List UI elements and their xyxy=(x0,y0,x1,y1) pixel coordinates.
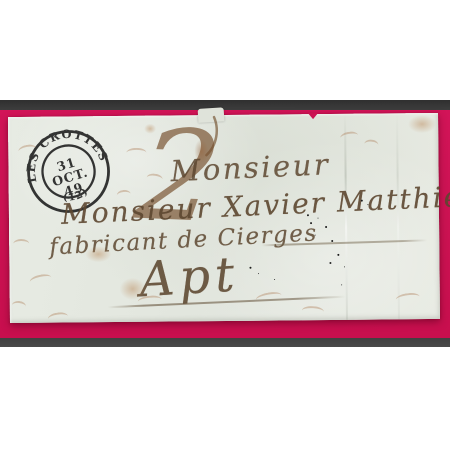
bleedthrough-mark xyxy=(364,139,379,150)
ink-speckles xyxy=(249,267,251,269)
ink-speckles xyxy=(307,214,309,216)
paper-edge-notch xyxy=(308,113,318,119)
bleedthrough-mark xyxy=(340,130,359,143)
address-recipient-title: Monsieur xyxy=(170,147,331,188)
bleedthrough-mark xyxy=(255,290,282,305)
bleedthrough-mark xyxy=(395,292,420,305)
bleedthrough-mark xyxy=(29,272,53,287)
bleedthrough-mark xyxy=(13,239,29,249)
bleedthrough-mark xyxy=(47,311,68,324)
paper-crease xyxy=(396,113,400,319)
folded-letter: LES CROTTES (12) 31 OCT. 49 2 Monsieur M… xyxy=(8,113,440,323)
page-background: LES CROTTES (12) 31 OCT. 49 2 Monsieur M… xyxy=(0,0,450,450)
bleedthrough-mark xyxy=(302,305,325,316)
bleedthrough-mark xyxy=(11,300,26,311)
stain xyxy=(408,115,436,133)
ink-speckles xyxy=(361,200,363,202)
postal-cover-photo: LES CROTTES (12) 31 OCT. 49 2 Monsieur M… xyxy=(0,100,450,347)
